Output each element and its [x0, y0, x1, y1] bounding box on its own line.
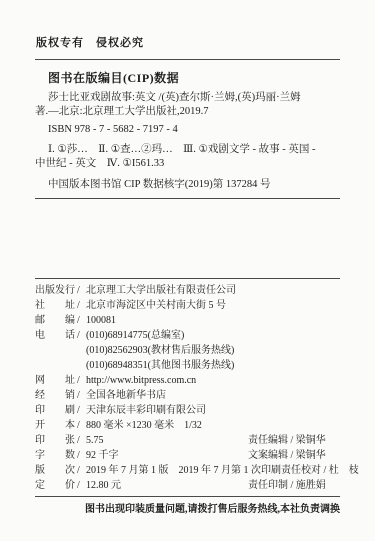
colophon-row-phone-1: 电 话 / (010)68914775(总编室): [35, 328, 340, 343]
colophon-separator: /: [77, 283, 86, 298]
colophon-value: (010)68948351(其他图书服务热线): [86, 358, 234, 373]
colophon-value: 100081: [86, 313, 116, 328]
colophon-row-phone-2: (010)82562903(教材售后服务热线): [35, 343, 340, 358]
colophon-label: 经 销: [35, 388, 77, 403]
colophon-value: 92 千字: [86, 448, 119, 463]
colophon-label: 印 张: [35, 433, 77, 448]
colophon-label: 邮 编: [35, 313, 77, 328]
colophon-label: 字 数: [35, 448, 77, 463]
colophon-row-publisher: 出版发行 / 北京理工大学出版社有限责任公司: [35, 283, 340, 298]
cip-entry-line1: 莎士比亚戏剧故事:英文 /(英)查尔斯·兰姆,(英)玛丽·兰姆: [35, 91, 340, 105]
colophon-label: 版 次: [35, 463, 77, 478]
staff-credit: 文案编辑 / 梁铜华: [248, 448, 340, 463]
colophon-separator: /: [77, 403, 86, 418]
colophon-separator: /: [77, 313, 86, 328]
colophon-row-distribution: 经 销 / 全国各地新华书店: [35, 388, 340, 403]
colophon-separator: /: [77, 448, 86, 463]
colophon-row-format: 开 本 / 880 毫米 ×1230 毫米 1/32: [35, 418, 340, 433]
colophon-label: 网 址: [35, 373, 77, 388]
price-value: 12.80 元: [86, 478, 121, 493]
cip-class-line2: 中世纪 - 英文 Ⅳ. ①I561.33: [35, 157, 340, 171]
cip-entry: 莎士比亚戏剧故事:英文 /(英)查尔斯·兰姆,(英)玛丽·兰姆 著.—北京:北京…: [35, 91, 340, 119]
colophon-row-phone-3: (010)68948351(其他图书服务热线): [35, 358, 340, 373]
colophon-row-address: 社 址 / 北京市海淀区中关村南大街 5 号: [35, 298, 340, 313]
cip-record-number: 中国版本图书馆 CIP 数据核字(2019)第 137284 号: [35, 178, 340, 191]
colophon-value: 2019 年 7 月第 1 版 2019 年 7 月第 1 次印刷: [86, 463, 281, 478]
colophon-separator: [77, 343, 86, 358]
colophon-row-price: 定 价 / 12.80 元 责任印制 / 施胜娟: [35, 478, 340, 493]
colophon-label: [35, 358, 77, 373]
colophon-label: 电 话: [35, 328, 77, 343]
colophon-value: (010)68914775(总编室): [86, 328, 184, 343]
colophon-label: [35, 343, 77, 358]
colophon-row-printer: 印 刷 / 天津东辰丰彩印刷有限公司: [35, 403, 340, 418]
cip-entry-line2: 著.—北京:北京理工大学出版社,2019.7: [35, 105, 340, 119]
colophon: 出版发行 / 北京理工大学出版社有限责任公司 社 址 / 北京市海淀区中关村南大…: [35, 283, 340, 493]
copyright-notice: 版权专有 侵权必究: [35, 37, 340, 50]
divider-cip-bottom: [35, 198, 340, 199]
staff-credit: 责任印制 / 施胜娟: [248, 478, 340, 493]
cip-classification: Ⅰ. ①莎… Ⅱ. ①查…②玛… Ⅲ. ①戏剧文学 - 故事 - 英国 - 中世…: [35, 143, 340, 171]
cip-heading: 图书在版编目(CIP)数据: [35, 69, 340, 86]
divider-top: [35, 59, 340, 60]
colophon-label: 开 本: [35, 418, 77, 433]
colophon-separator: /: [77, 298, 86, 313]
colophon-row-edition: 版 次 / 2019 年 7 月第 1 版 2019 年 7 月第 1 次印刷 …: [35, 463, 340, 478]
colophon-separator: /: [77, 478, 86, 493]
colophon-row-sheets: 印 张 / 5.75 责任编辑 / 梁铜华: [35, 433, 340, 448]
colophon-row-website: 网 址 / http://www.bitpress.com.cn: [35, 373, 340, 388]
colophon-label: 印 刷: [35, 403, 77, 418]
colophon-separator: /: [77, 328, 86, 343]
colophon-value: 全国各地新华书店: [86, 388, 166, 403]
colophon-row-wordcount: 字 数 / 92 千字 文案编辑 / 梁铜华: [35, 448, 340, 463]
colophon-label: 出版发行: [35, 283, 77, 298]
colophon-separator: [77, 358, 86, 373]
colophon-value: (010)82562903(教材售后服务热线): [86, 343, 234, 358]
colophon-label: 定 价: [35, 478, 77, 493]
colophon-separator: /: [77, 433, 86, 448]
colophon-value: 北京市海淀区中关村南大街 5 号: [86, 298, 226, 313]
staff-credit: 责任编辑 / 梁铜华: [248, 433, 340, 448]
divider-colophon-top: [35, 278, 340, 279]
cip-class-line1: Ⅰ. ①莎… Ⅱ. ①查…②玛… Ⅲ. ①戏剧文学 - 故事 - 英国 -: [35, 143, 340, 157]
website-url: http://www.bitpress.com.cn: [86, 373, 196, 388]
colophon-value: 880 毫米 ×1230 毫米 1/32: [86, 418, 202, 433]
colophon-separator: /: [77, 388, 86, 403]
colophon-value: 北京理工大学出版社有限责任公司: [86, 283, 236, 298]
colophon-label: 社 址: [35, 298, 77, 313]
colophon-value: 5.75: [86, 433, 104, 448]
book-copyright-page: 版权专有 侵权必究 图书在版编目(CIP)数据 莎士比亚戏剧故事:英文 /(英)…: [35, 0, 340, 516]
quality-notice: 图书出现印装质量问题,请拨打售后服务热线,本社负责调换: [35, 503, 340, 516]
isbn-number: ISBN 978 - 7 - 5682 - 7197 - 4: [35, 123, 340, 136]
colophon-row-postcode: 邮 编 / 100081: [35, 313, 340, 328]
colophon-value: 天津东辰丰彩印刷有限公司: [86, 403, 206, 418]
colophon-separator: /: [77, 418, 86, 433]
colophon-separator: /: [77, 463, 86, 478]
divider-footer: [35, 496, 340, 497]
colophon-separator: /: [77, 373, 86, 388]
staff-credit: 责任校对 / 杜 枝: [281, 463, 373, 478]
